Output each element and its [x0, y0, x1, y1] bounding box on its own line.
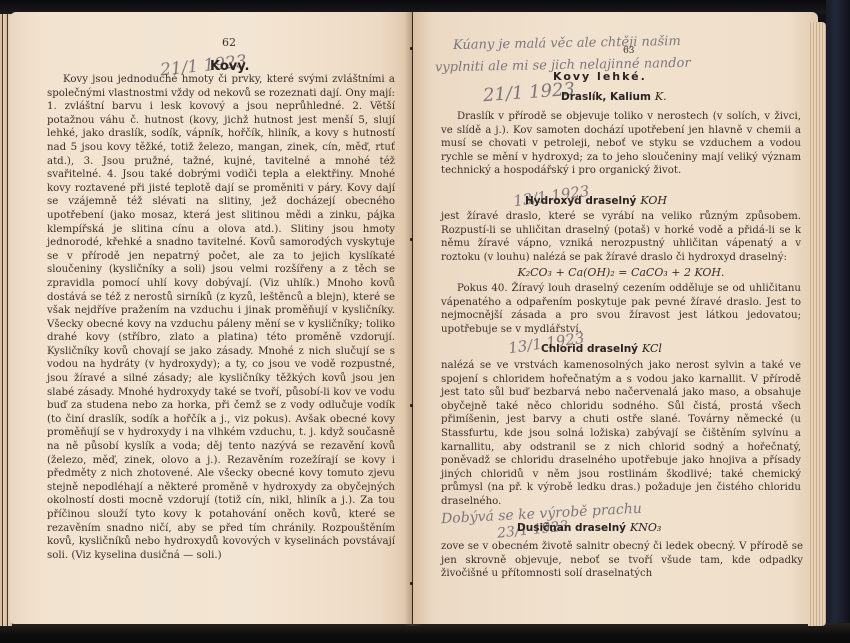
book-cover-right-edge — [826, 0, 850, 643]
section-body: zove se v obecném životě salnitr obecný … — [441, 540, 803, 581]
section-heading-text: Hydroxyd draselný — [525, 195, 636, 207]
paragraph: nalézá se ve vrstvách kamenosolných jako… — [441, 359, 801, 509]
section-heading-draslik: Draslík, KaliumK. — [561, 90, 667, 103]
book-cover-bottom-edge — [0, 623, 850, 643]
page-number: 62 — [222, 36, 236, 49]
page-title: Kovy. — [210, 59, 249, 74]
section-heading-kcl: Chlorid draselnýKCl — [541, 342, 662, 355]
chemical-formula: KNO₃ — [630, 521, 661, 534]
paragraph: Kovy jsou jednoduché hmoty či prvky, kte… — [47, 73, 395, 562]
section-body: jest žíravé draslo, které se vyrábí na v… — [441, 210, 801, 336]
handwritten-note: Kúany je malá věc ale chtěji našim — [453, 34, 681, 53]
section-heading-text: Dusičnan draselný — [517, 522, 626, 534]
page-number: 63 — [623, 46, 634, 56]
chemical-formula: K. — [655, 90, 667, 103]
open-book: 62 21/1 1923 Kovy. Kovy jsou jednoduché … — [0, 0, 850, 643]
right-page-stack — [808, 22, 826, 626]
body-text: Kovy jsou jednoduché hmoty či prvky, kte… — [47, 73, 395, 562]
section-heading-kno3: Dusičnan draselnýKNO₃ — [517, 521, 661, 534]
section-heading-text: Draslík, Kalium — [561, 91, 651, 103]
paragraph: Pokus 40. Žíravý louh draselný cezením o… — [441, 282, 801, 336]
paragraph: zove se v obecném životě salnitr obecný … — [441, 540, 803, 581]
section-body: Draslík v přírodě se objevuje toliko v n… — [441, 110, 801, 178]
right-page: Kúany je malá věc ale chtěji našim 63 vy… — [413, 12, 818, 624]
chemical-equation: K₂CO₃ + Ca(OH)₂ = CaCO₃ + 2 KOH. — [441, 266, 801, 280]
chemical-formula: KOH — [640, 194, 667, 207]
section-heading-koh: Hydroxyd draselnýKOH — [525, 194, 667, 207]
section-heading-text: Chlorid draselný — [541, 343, 638, 355]
paragraph: Draslík v přírodě se objevuje toliko v n… — [441, 110, 801, 178]
paragraph: jest žíravé draslo, které se vyrábí na v… — [441, 210, 801, 264]
chemical-formula: KCl — [642, 342, 662, 355]
section-body: nalézá se ve vrstvách kamenosolných jako… — [441, 359, 801, 509]
left-page: 62 21/1 1923 Kovy. Kovy jsou jednoduché … — [10, 12, 412, 624]
